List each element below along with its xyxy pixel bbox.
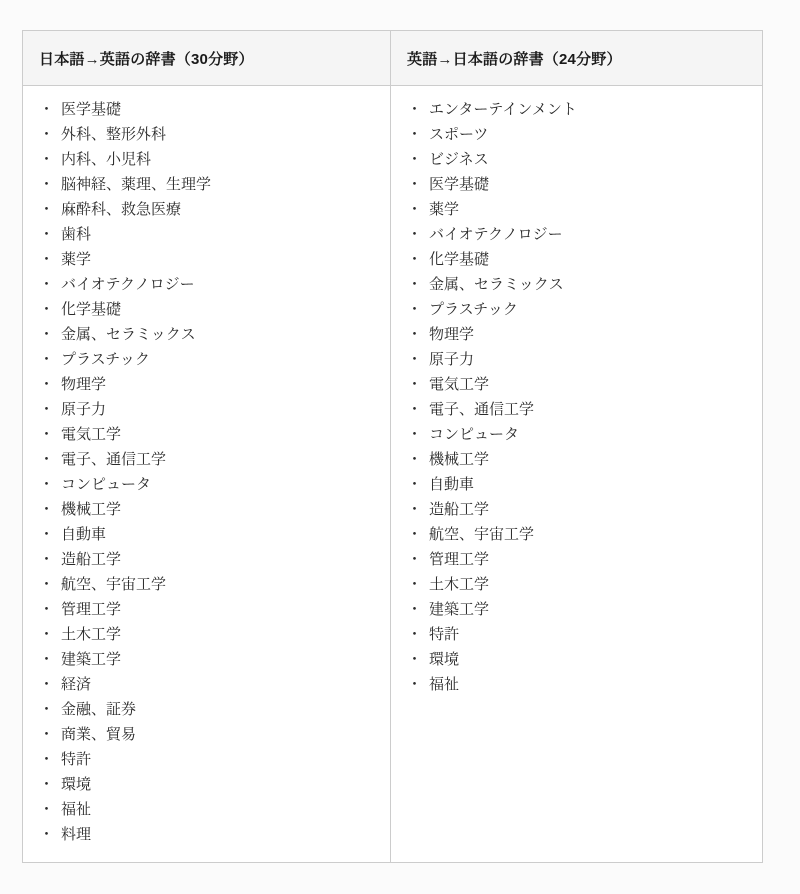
category-list-item: ・内科、小児科: [39, 147, 374, 172]
category-list-item: ・料理: [39, 822, 374, 847]
bullet-icon: ・: [39, 501, 54, 518]
category-list-item: ・バイオテクノロジー: [407, 222, 746, 247]
category-label: 原子力: [61, 401, 106, 418]
category-label: 医学基礎: [429, 176, 489, 193]
bullet-icon: ・: [39, 726, 54, 743]
category-list-item: ・機械工学: [39, 497, 374, 522]
category-list-item: ・エンターテインメント: [407, 97, 746, 122]
category-list-item: ・薬学: [407, 197, 746, 222]
category-label: 化学基礎: [429, 251, 489, 268]
bullet-icon: ・: [39, 176, 54, 193]
category-list-item: ・原子力: [39, 397, 374, 422]
bullet-icon: ・: [39, 401, 54, 418]
bullet-icon: ・: [407, 651, 422, 668]
bullet-icon: ・: [39, 776, 54, 793]
bullet-icon: ・: [407, 151, 422, 168]
category-label: 医学基礎: [61, 101, 121, 118]
bullet-icon: ・: [39, 651, 54, 668]
category-label: 料理: [61, 826, 91, 843]
bullet-icon: ・: [407, 401, 422, 418]
category-list-item: ・特許: [407, 622, 746, 647]
bullet-icon: ・: [39, 301, 54, 318]
category-list-item: ・自動車: [39, 522, 374, 547]
category-list-item: ・金属、セラミックス: [407, 272, 746, 297]
category-list-item: ・福祉: [39, 797, 374, 822]
bullet-icon: ・: [407, 326, 422, 343]
category-list-item: ・脳神経、薬理、生理学: [39, 172, 374, 197]
category-list-item: ・コンピュータ: [407, 422, 746, 447]
bullet-icon: ・: [407, 676, 422, 693]
category-label: バイオテクノロジー: [429, 226, 563, 243]
bullet-icon: ・: [407, 501, 422, 518]
bullet-icon: ・: [407, 476, 422, 493]
category-label: 土木工学: [61, 626, 121, 643]
bullet-icon: ・: [39, 126, 54, 143]
category-list-item: ・バイオテクノロジー: [39, 272, 374, 297]
bullet-icon: ・: [39, 626, 54, 643]
category-label: 物理学: [61, 376, 106, 393]
category-label: 歯科: [61, 226, 91, 243]
bullet-icon: ・: [407, 251, 422, 268]
category-list-item: ・金属、セラミックス: [39, 322, 374, 347]
bullet-icon: ・: [407, 301, 422, 318]
bullet-icon: ・: [407, 451, 422, 468]
bullet-icon: ・: [39, 376, 54, 393]
bullet-icon: ・: [407, 201, 422, 218]
category-list-item: ・コンピュータ: [39, 472, 374, 497]
category-label: 機械工学: [61, 501, 121, 518]
category-label: 造船工学: [61, 551, 121, 568]
bullet-icon: ・: [407, 526, 422, 543]
category-list-item: ・歯科: [39, 222, 374, 247]
category-list-item: ・化学基礎: [39, 297, 374, 322]
bullet-icon: ・: [407, 226, 422, 243]
bullet-icon: ・: [39, 201, 54, 218]
bullet-icon: ・: [39, 451, 54, 468]
category-list-item: ・商業、貿易: [39, 722, 374, 747]
category-label: 電気工学: [61, 426, 121, 443]
category-list-item: ・麻酔科、救急医療: [39, 197, 374, 222]
bullet-icon: ・: [39, 801, 54, 818]
bullet-icon: ・: [407, 176, 422, 193]
category-list-item: ・電気工学: [39, 422, 374, 447]
category-label: 薬学: [429, 201, 459, 218]
bullet-icon: ・: [39, 226, 54, 243]
category-label: エンターテインメント: [429, 101, 577, 118]
category-list-item: ・管理工学: [407, 547, 746, 572]
bullet-icon: ・: [407, 626, 422, 643]
category-label: 福祉: [61, 801, 91, 818]
category-list-item: ・ビジネス: [407, 147, 746, 172]
category-label: 環境: [61, 776, 91, 793]
category-label: 機械工学: [429, 451, 489, 468]
category-label: プラスチック: [429, 301, 518, 318]
category-list-item: ・土木工学: [407, 572, 746, 597]
bullet-icon: ・: [39, 426, 54, 443]
bullet-icon: ・: [407, 351, 422, 368]
bullet-icon: ・: [407, 276, 422, 293]
category-label: 内科、小児科: [61, 151, 151, 168]
category-label: 造船工学: [429, 501, 489, 518]
category-label: 外科、整形外科: [61, 126, 166, 143]
category-label: 管理工学: [61, 601, 121, 618]
dictionary-categories-table: 日本語→英語の辞書（30分野） 英語→日本語の辞書（24分野） ・医学基礎・外科…: [22, 30, 763, 863]
category-label: 金属、セラミックス: [429, 276, 564, 293]
bullet-icon: ・: [39, 276, 54, 293]
category-list-item: ・環境: [407, 647, 746, 672]
category-label: 自動車: [61, 526, 106, 543]
table-header-row: 日本語→英語の辞書（30分野） 英語→日本語の辞書（24分野）: [23, 31, 762, 86]
bullet-icon: ・: [407, 551, 422, 568]
bullet-icon: ・: [39, 151, 54, 168]
ja-to-en-category-cell: ・医学基礎・外科、整形外科・内科、小児科・脳神経、薬理、生理学・麻酔科、救急医療…: [23, 86, 391, 862]
category-list-item: ・造船工学: [39, 547, 374, 572]
category-label: ビジネス: [429, 151, 489, 168]
category-label: 管理工学: [429, 551, 489, 568]
category-label: 土木工学: [429, 576, 489, 593]
category-label: 経済: [61, 676, 91, 693]
bullet-icon: ・: [39, 251, 54, 268]
category-list-item: ・土木工学: [39, 622, 374, 647]
category-label: 特許: [61, 751, 91, 768]
category-label: 特許: [429, 626, 459, 643]
category-label: 脳神経、薬理、生理学: [61, 176, 211, 193]
category-list-item: ・外科、整形外科: [39, 122, 374, 147]
category-list-item: ・電子、通信工学: [39, 447, 374, 472]
category-list-item: ・建築工学: [39, 647, 374, 672]
category-label: 航空、宇宙工学: [61, 576, 166, 593]
category-list-item: ・自動車: [407, 472, 746, 497]
category-list-item: ・経済: [39, 672, 374, 697]
bullet-icon: ・: [407, 426, 422, 443]
bullet-icon: ・: [39, 676, 54, 693]
header-en-to-ja: 英語→日本語の辞書（24分野）: [391, 31, 762, 85]
category-label: 環境: [429, 651, 459, 668]
category-list-item: ・航空、宇宙工学: [39, 572, 374, 597]
category-list-item: ・建築工学: [407, 597, 746, 622]
bullet-icon: ・: [39, 826, 54, 843]
category-label: 建築工学: [429, 601, 489, 618]
category-label: 商業、貿易: [61, 726, 136, 743]
table-body-row: ・医学基礎・外科、整形外科・内科、小児科・脳神経、薬理、生理学・麻酔科、救急医療…: [23, 86, 762, 862]
bullet-icon: ・: [39, 476, 54, 493]
header-ja-to-en: 日本語→英語の辞書（30分野）: [23, 31, 391, 85]
category-label: プラスチック: [61, 351, 150, 368]
bullet-icon: ・: [39, 576, 54, 593]
category-label: 福祉: [429, 676, 459, 693]
category-label: 薬学: [61, 251, 91, 268]
category-list-item: ・管理工学: [39, 597, 374, 622]
bullet-icon: ・: [39, 351, 54, 368]
category-label: 化学基礎: [61, 301, 121, 318]
category-list-item: ・物理学: [39, 372, 374, 397]
category-list-item: ・薬学: [39, 247, 374, 272]
category-label: 自動車: [429, 476, 474, 493]
category-label: 電子、通信工学: [61, 451, 166, 468]
bullet-icon: ・: [39, 101, 54, 118]
category-label: 航空、宇宙工学: [429, 526, 534, 543]
category-list-item: ・プラスチック: [407, 297, 746, 322]
category-list-item: ・電気工学: [407, 372, 746, 397]
bullet-icon: ・: [39, 701, 54, 718]
bullet-icon: ・: [39, 326, 54, 343]
bullet-icon: ・: [39, 526, 54, 543]
category-label: 建築工学: [61, 651, 121, 668]
category-label: コンピュータ: [429, 426, 519, 443]
category-list-item: ・航空、宇宙工学: [407, 522, 746, 547]
bullet-icon: ・: [39, 751, 54, 768]
bullet-icon: ・: [407, 101, 422, 118]
category-list-item: ・医学基礎: [39, 97, 374, 122]
category-label: 金属、セラミックス: [61, 326, 196, 343]
category-list-item: ・環境: [39, 772, 374, 797]
bullet-icon: ・: [407, 601, 422, 618]
category-label: 金融、証券: [61, 701, 136, 718]
category-list-item: ・スポーツ: [407, 122, 746, 147]
category-list-item: ・機械工学: [407, 447, 746, 472]
bullet-icon: ・: [407, 576, 422, 593]
category-label: バイオテクノロジー: [61, 276, 195, 293]
category-list-item: ・化学基礎: [407, 247, 746, 272]
category-label: スポーツ: [429, 126, 488, 143]
category-list-item: ・原子力: [407, 347, 746, 372]
category-list-item: ・プラスチック: [39, 347, 374, 372]
category-label: 原子力: [429, 351, 474, 368]
category-label: 電気工学: [429, 376, 489, 393]
category-list-item: ・物理学: [407, 322, 746, 347]
category-list-item: ・医学基礎: [407, 172, 746, 197]
category-list-item: ・金融、証券: [39, 697, 374, 722]
bullet-icon: ・: [39, 551, 54, 568]
category-list-item: ・電子、通信工学: [407, 397, 746, 422]
bullet-icon: ・: [407, 126, 422, 143]
ja-to-en-category-list: ・医学基礎・外科、整形外科・内科、小児科・脳神経、薬理、生理学・麻酔科、救急医療…: [39, 97, 374, 847]
category-list-item: ・特許: [39, 747, 374, 772]
en-to-ja-category-cell: ・エンターテインメント・スポーツ・ビジネス・医学基礎・薬学・バイオテクノロジー・…: [391, 86, 762, 862]
category-label: コンピュータ: [61, 476, 151, 493]
bullet-icon: ・: [407, 376, 422, 393]
bullet-icon: ・: [39, 601, 54, 618]
category-list-item: ・造船工学: [407, 497, 746, 522]
category-label: 麻酔科、救急医療: [61, 201, 181, 218]
category-label: 物理学: [429, 326, 474, 343]
category-label: 電子、通信工学: [429, 401, 534, 418]
category-list-item: ・福祉: [407, 672, 746, 697]
en-to-ja-category-list: ・エンターテインメント・スポーツ・ビジネス・医学基礎・薬学・バイオテクノロジー・…: [407, 97, 746, 697]
